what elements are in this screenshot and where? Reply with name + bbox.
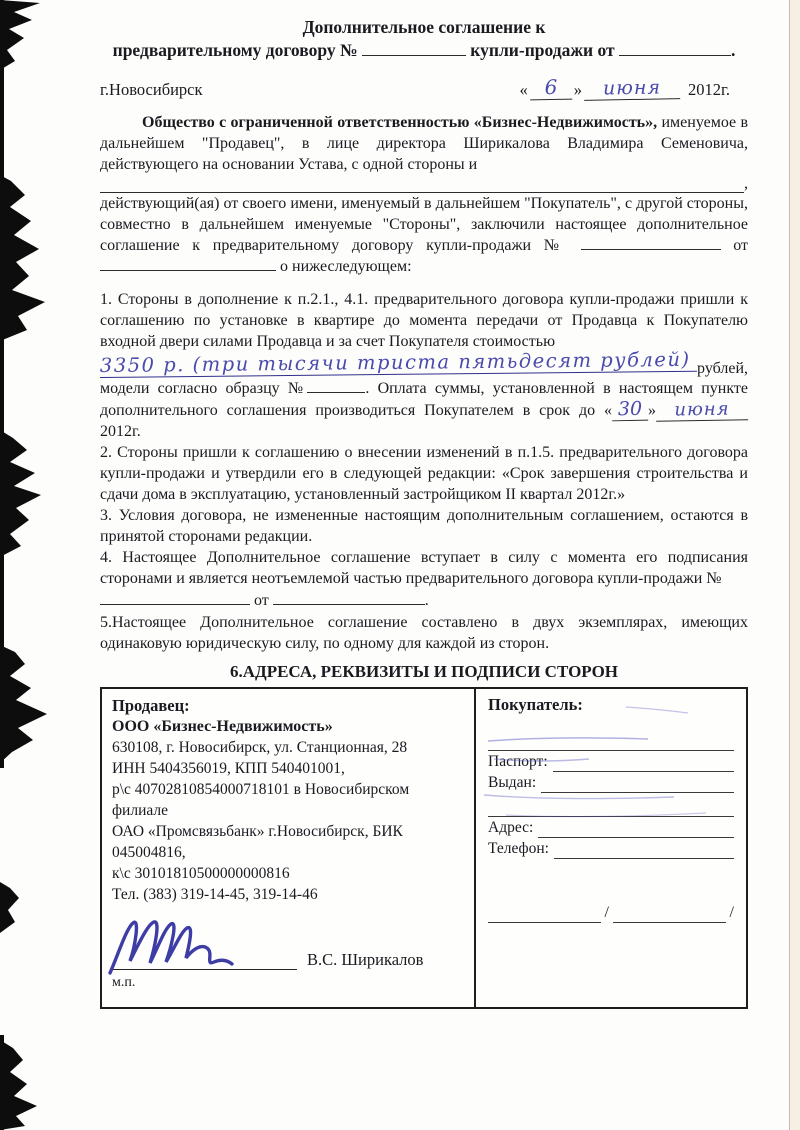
seller-account: р\с 40702810854000718101 в Новосибирском…: [112, 779, 464, 821]
seller-company: ООО «Бизнес-Недвижимость»: [112, 716, 464, 737]
title-line2-period: .: [731, 40, 735, 60]
city-date-row: г.Новосибирск « 6 » июня 2012г.: [100, 75, 748, 100]
buyer-passport-row: Паспорт:: [488, 752, 734, 772]
clause-1-rubles-label: рублей,: [697, 360, 748, 378]
date-close-quote: »: [574, 80, 582, 100]
clause-4-mid: от: [254, 592, 269, 609]
seller-address: 630108, г. Новосибирск, ул. Станционная,…: [112, 737, 464, 758]
sample-number-blank: [307, 378, 365, 393]
title-line2-pre: предварительному договору №: [113, 40, 358, 60]
seller-company-bold: Общество с ограниченной ответственностью…: [142, 114, 657, 131]
buyer-issued-label: Выдан:: [488, 773, 536, 793]
buyer-address-line: [538, 822, 734, 838]
clause-1-text2d: 2012г.: [100, 423, 141, 440]
clause-2: 2. Стороны пришли к соглашению о внесени…: [100, 442, 748, 505]
price-handwritten: 3350 р. (три тысячи триста пятьдесят руб…: [100, 348, 697, 378]
clause-4-text: 4. Настоящее Дополнительное соглашение в…: [100, 549, 748, 587]
seller-signature-icon: [106, 915, 276, 977]
signature-slash-2: /: [730, 903, 734, 923]
buyer-name-blank-line: ,: [100, 175, 748, 193]
seller-inn: ИНН 5404356019, КПП 540401001,: [112, 758, 464, 779]
buyer-phone-label: Телефон:: [488, 839, 549, 859]
buyer-cell: Покупатель: Паспорт: Выдан: Адрес:: [476, 689, 746, 1007]
seller-cell: Продавец: ООО «Бизнес-Недвижимость» 6301…: [102, 689, 476, 1007]
buyer-address-label: Адрес:: [488, 818, 533, 838]
buyer-passport-label: Паспорт:: [488, 752, 548, 772]
buyer-header: Покупатель:: [488, 695, 734, 715]
preamble-paragraph: Общество с ограниченной ответственностью…: [100, 112, 748, 175]
deadline-month-handwritten: июня: [656, 398, 748, 422]
buyer-address-row: Адрес:: [488, 818, 734, 838]
scanner-artifact-left: [0, 0, 52, 1130]
clause-4-number-blank: [100, 590, 250, 605]
date-month-handwritten: июня: [584, 76, 680, 101]
buyer-name-signature-line: [613, 906, 726, 923]
clause-4-blank-line: от .: [100, 589, 748, 612]
title-line1: Дополнительное соглашение к: [100, 16, 748, 39]
clause-1-part1: 1. Стороны в дополнение к п.2.1., 4.1. п…: [100, 289, 748, 352]
seller-signature-row: В.С. Ширикалов: [112, 921, 464, 970]
clause-1-text: 1. Стороны в дополнение к п.2.1., 4.1. п…: [100, 291, 748, 350]
clause-1-part2: модели согласно образцу №. Оплата суммы,…: [100, 378, 748, 442]
seller-header: Продавец:: [112, 695, 464, 716]
clause-4-period: .: [425, 592, 429, 609]
seller-bank: ОАО «Промсвязьбанк» г.Новосибирск, БИК 0…: [112, 821, 464, 863]
buyer-issued-line-2: [488, 799, 734, 817]
seller-signatory-name: В.С. Ширикалов: [307, 949, 423, 970]
signature-slash-1: /: [605, 903, 609, 923]
buyer-signature-row: / /: [488, 903, 734, 923]
title-line2: предварительному договору № купли-продаж…: [100, 39, 748, 62]
clause-4-date-blank: [273, 590, 425, 605]
clause-3: 3. Условия договора, не измененные насто…: [100, 505, 748, 547]
preamble-text2-end: о нижеследующем:: [280, 258, 412, 275]
scanned-document-page: Дополнительное соглашение к предваритель…: [0, 0, 800, 1130]
clause-5: 5.Настоящее Дополнительное соглашение со…: [100, 612, 748, 654]
seller-corr-account: к\с 30101810500000000816: [112, 863, 464, 884]
contract-number-blank: [362, 41, 466, 56]
buyer-passport-line: [553, 756, 734, 772]
clause-1-text2a: модели согласно образцу №: [100, 380, 307, 397]
section-6-heading: 6.АДРЕСА, РЕКВИЗИТЫ И ПОДПИСИ СТОРОН: [100, 662, 748, 682]
seller-phone: Тел. (383) 319-14-45, 319-14-46: [112, 884, 464, 905]
contract-date-blank: [619, 41, 731, 56]
buyer-signature-line: [488, 906, 601, 923]
buyer-issued-row: Выдан:: [488, 773, 734, 793]
clause-1-text2c: »: [648, 402, 656, 419]
date-open-quote: «: [519, 80, 527, 100]
date-year: 2012г.: [688, 80, 730, 100]
preamble-paragraph-2: действующий(ая) от своего имени, именуем…: [100, 193, 748, 277]
agreement-date: « 6 » июня 2012г.: [519, 75, 730, 100]
document-title: Дополнительное соглашение к предваритель…: [100, 16, 748, 62]
clause-1-handwritten-line: 3350 р. (три тысячи триста пятьдесят руб…: [100, 352, 748, 378]
spacer: [488, 715, 734, 733]
preamble-text2-mid: от: [733, 237, 748, 254]
date-day-handwritten: 6: [529, 75, 571, 101]
clause-4: 4. Настоящее Дополнительное соглашение в…: [100, 547, 748, 589]
agreement-date-blank: [100, 256, 276, 271]
title-line2-mid: купли-продажи от: [470, 40, 614, 60]
buyer-name-blank: [100, 177, 744, 193]
buyer-name-line: [488, 733, 734, 751]
agreement-number-blank: [581, 235, 721, 250]
blank-line-comma: ,: [744, 175, 748, 193]
seller-signature-line: [112, 921, 297, 970]
scanner-artifact-right: [789, 0, 800, 1130]
deadline-day-handwritten: 30: [612, 399, 648, 422]
city-label: г.Новосибирск: [100, 80, 203, 100]
signatures-table: Продавец: ООО «Бизнес-Недвижимость» 6301…: [100, 687, 748, 1009]
buyer-issued-line: [541, 777, 734, 793]
buyer-phone-row: Телефон:: [488, 839, 734, 859]
buyer-phone-line: [554, 843, 734, 859]
document-body: Дополнительное соглашение к предваритель…: [100, 0, 748, 1009]
